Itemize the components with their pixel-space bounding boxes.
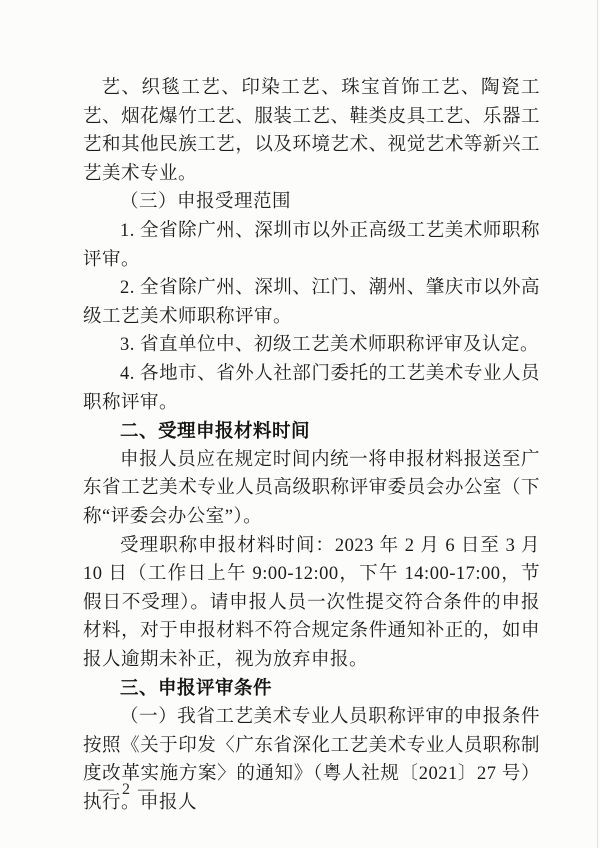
subsection-heading-acceptance-scope: （三）申报受理范围 xyxy=(83,188,540,217)
document-body: 艺、织毯工艺、印染工艺、珠宝首饰工艺、陶瓷工艺、烟花爆竹工艺、服装工艺、鞋类皮具… xyxy=(83,74,540,817)
paragraph-submission-office: 申报人员应在规定时间内统一将申报材料报送至广东省工艺美术专业人员高级职称评审委员… xyxy=(83,446,540,532)
list-item-3: 3. 省直单位中、初级工艺美术师职称评审及认定。 xyxy=(83,331,540,360)
paragraph-acceptance-period: 受理职称申报材料时间：2023 年 2 月 6 日至 3 月 10 日（工作日上… xyxy=(83,532,540,675)
scan-edge-line xyxy=(597,0,598,848)
list-item-4: 4. 各地市、省外人社部门委托的工艺美术专业人员职称评审。 xyxy=(83,360,540,417)
list-item-2: 2. 全省除广州、深圳、江门、潮州、肇庆市以外高级工艺美术师职称评审。 xyxy=(83,274,540,331)
list-item-1: 1. 全省除广州、深圳市以外正高级工艺美术师职称评审。 xyxy=(83,217,540,274)
section-heading-material-time: 二、受理申报材料时间 xyxy=(83,417,540,446)
paragraph-continuation-crafts-list: 艺、织毯工艺、印染工艺、珠宝首饰工艺、陶瓷工艺、烟花爆竹工艺、服装工艺、鞋类皮具… xyxy=(83,74,540,188)
section-heading-review-conditions: 三、申报评审条件 xyxy=(83,674,540,703)
document-page: 艺、织毯工艺、印染工艺、珠宝首饰工艺、陶瓷工艺、烟花爆竹工艺、服装工艺、鞋类皮具… xyxy=(0,0,600,848)
paragraph-condition-basis: （一）我省工艺美术专业人员职称评审的申报条件按照《关于印发〈广东省深化工艺美术专… xyxy=(83,703,540,817)
page-number: — 2 — xyxy=(98,781,156,799)
